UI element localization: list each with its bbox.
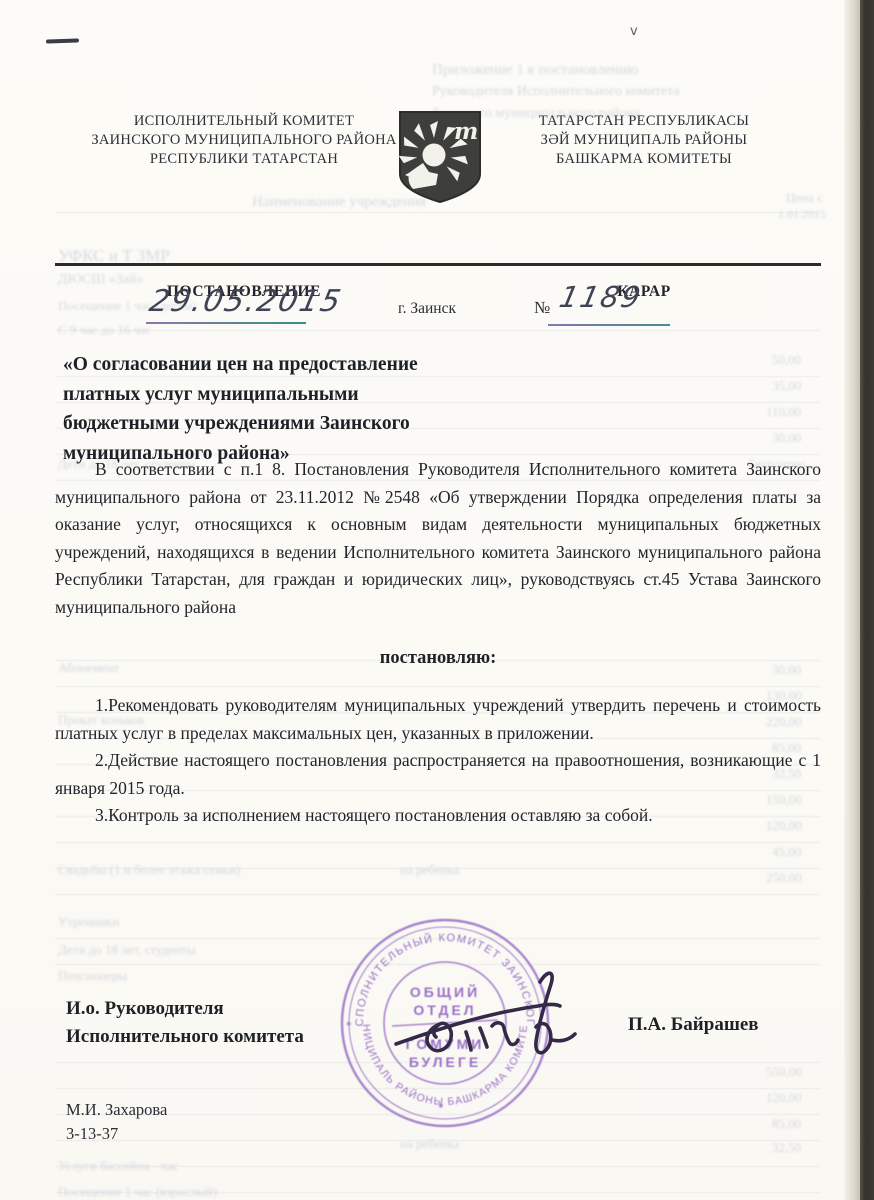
svg-text:✶: ✶ <box>437 1101 445 1111</box>
executor-phone: 3-13-37 <box>66 1122 167 1146</box>
letterhead-tatar: ТАТАРСТАН РЕСПУБЛИКАСЫ ЗӘЙ МУНИЦИПАЛЬ РА… <box>488 112 800 169</box>
executor-contact: М.И. Захарова 3-13-37 <box>66 1098 167 1146</box>
letterhead-line: ТАТАРСТАН РЕСПУБЛИКАСЫ <box>488 112 800 131</box>
letterhead-line: РЕСПУБЛИКИ ТАТАРСТАН <box>88 150 400 169</box>
bleed-through-text: 1.01.2015 <box>778 207 826 222</box>
resolution-item: 2.Действие настоящего постановления расп… <box>55 747 821 802</box>
pen-tick-mark: v <box>630 24 638 39</box>
bleed-through-line <box>55 686 821 687</box>
scan-edge-light <box>844 0 860 1200</box>
bleed-through-line <box>55 1166 821 1167</box>
executor-name: М.И. Захарова <box>66 1098 167 1122</box>
bleed-through-line <box>55 212 821 213</box>
intro-paragraph: В соответствии с п.1 8. Постановления Ру… <box>55 456 821 622</box>
bleed-through-text: 32,50 <box>772 1140 801 1156</box>
bleed-through-text: С 9 час до 16 час <box>58 322 152 338</box>
bleed-through-text: 110,00 <box>766 404 801 420</box>
bleed-through-text: Цена с <box>786 190 823 206</box>
bleed-through-text: Приложение 1 к постановлению <box>432 62 638 79</box>
handwritten-signature <box>388 966 602 1084</box>
bleed-through-line <box>55 894 821 895</box>
scan-edge-shadow <box>860 0 874 1200</box>
letterhead-line: ИСПОЛНИТЕЛЬНЫЙ КОМИТЕТ <box>88 112 400 131</box>
emblem-monogram: m <box>454 118 478 145</box>
bleed-through-text: 85,00 <box>772 1116 801 1132</box>
bleed-through-text: 550,00 <box>766 1064 802 1080</box>
letterhead-line: БАШКАРМА КОМИТЕТЫ <box>488 150 800 169</box>
bleed-through-text: на ребенка <box>400 862 459 878</box>
title-line: платных услуг муниципальными <box>63 380 533 410</box>
title-line: «О согласовании цен на предоставление <box>63 350 533 380</box>
bleed-through-text: 35,00 <box>772 378 801 394</box>
signer-name: П.А. Байрашев <box>628 1014 759 1036</box>
scanned-document-page: Приложение 1 к постановлениюРуководителя… <box>0 0 874 1200</box>
resolve-word: постановляю: <box>55 648 821 669</box>
signer-position: И.о. Руководителя Исполнительного комите… <box>66 995 304 1051</box>
handwritten-number: 1189 <box>556 280 645 314</box>
bleed-through-text: 120,00 <box>766 1090 802 1106</box>
bleed-through-text: 45,00 <box>772 844 801 860</box>
letterhead-line: ЗАИНСКОГО МУНИЦИПАЛЬНОГО РАЙОНА <box>88 131 400 150</box>
number-underline <box>548 324 670 326</box>
bleed-through-text: Утренники <box>58 914 119 930</box>
bleed-through-text: Услуги бассейна - час <box>58 1158 178 1174</box>
document-title: «О согласовании цен на предоставление пл… <box>63 350 533 468</box>
resolution-item: 3.Контроль за исполнением настоящего пос… <box>55 802 821 830</box>
signer-position-line: И.о. Руководителя <box>66 995 304 1023</box>
bleed-through-line <box>55 842 821 843</box>
svg-text:✶: ✶ <box>345 1019 353 1029</box>
bleed-through-text: 50,00 <box>772 352 801 368</box>
intro-text: В соответствии с п.1 8. Постановления Ру… <box>55 456 821 622</box>
date-underline <box>146 322 306 324</box>
bleed-through-text: Пенсионеры <box>58 968 127 984</box>
bleed-through-text: Дети до 18 лет, студенты <box>58 942 195 958</box>
title-line: бюджетными учреждениями Заинского <box>63 409 533 439</box>
letterhead-line: ЗӘЙ МУНИЦИПАЛЬ РАЙОНЫ <box>488 131 800 150</box>
coat-of-arms-icon: m <box>394 108 486 206</box>
bleed-through-line <box>55 1140 821 1141</box>
bleed-through-text: Руководителя Исполнительного комитета <box>432 84 680 100</box>
number-sign: № <box>534 298 550 318</box>
letterhead-russian: ИСПОЛНИТЕЛЬНЫЙ КОМИТЕТ ЗАИНСКОГО МУНИЦИП… <box>88 112 400 169</box>
bleed-through-text: 250,00 <box>766 870 802 886</box>
city-label: г. Заинск <box>398 300 456 318</box>
bleed-through-text: Посещение 1 час (взрослый) <box>58 1184 217 1200</box>
resolution-item: 1.Рекомендовать руководителям муниципаль… <box>55 692 821 747</box>
bleed-through-line <box>55 868 821 869</box>
bleed-through-text: 30,00 <box>772 430 801 446</box>
resolution-items: 1.Рекомендовать руководителям муниципаль… <box>55 692 821 830</box>
signer-position-line: Исполнительного комитета <box>66 1023 304 1051</box>
bleed-through-line <box>55 330 821 331</box>
header-divider <box>55 263 821 266</box>
bleed-through-line <box>55 1192 821 1193</box>
handwritten-date: 29.05.2015 <box>146 284 345 319</box>
bleed-through-text: Свадьбы (1 и более этажа семьи) <box>58 862 240 878</box>
pen-dash-mark <box>46 38 79 43</box>
